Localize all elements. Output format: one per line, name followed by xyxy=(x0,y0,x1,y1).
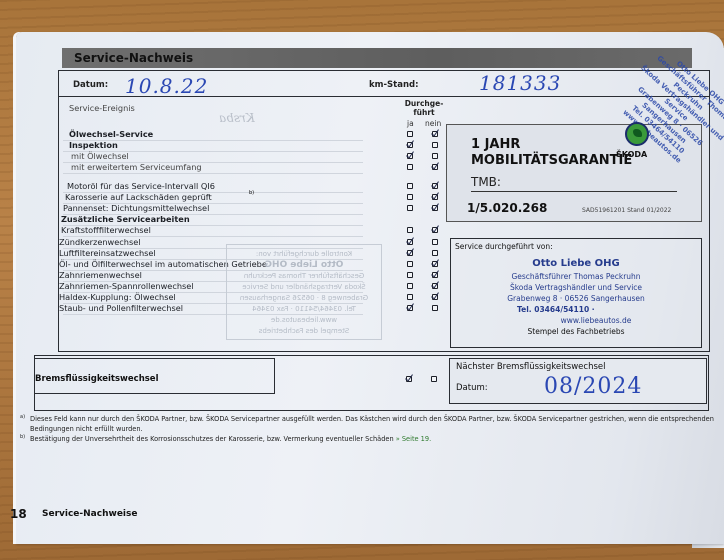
section-heading: Zusätzliche Servicearbeiten xyxy=(61,214,190,224)
ghost-stamp-line2: Škoda Vertragshändler und Service xyxy=(227,282,381,293)
no-checkbox[interactable] xyxy=(432,205,438,211)
dealer-phone: Tel. 03464/54110 · xyxy=(451,304,701,315)
no-checkbox[interactable] xyxy=(432,261,438,267)
footnote-a-text: Dieses Feld kann nur durch den ŠKODA Par… xyxy=(30,415,714,423)
ghost-stamp-line3: Grabenweg 8 · 06526 Sangerhausen xyxy=(227,293,381,304)
next-brake-fluid-title: Nächster Bremsflüssigkeitswechsel xyxy=(456,362,605,372)
ghost-stamp-label: Kontrolle durchgeführt von: xyxy=(227,249,381,260)
page-number: 18 xyxy=(10,507,27,521)
dealer-stamp-footer: Stempel des Fachbetriebs xyxy=(451,326,701,337)
yes-checkbox[interactable] xyxy=(407,153,413,159)
yes-column-label: ja xyxy=(407,119,414,128)
dealer-stamp: Otto Liebe OHG Geschäftsführer Thomas Pe… xyxy=(451,257,701,337)
brake-fluid-no-checkbox[interactable] xyxy=(431,376,437,382)
no-checkbox[interactable] xyxy=(432,227,438,233)
yes-checkbox[interactable] xyxy=(407,142,413,148)
dealer-website: www.liebeautos.de xyxy=(451,315,701,326)
performed-header-line1: Durchge- xyxy=(399,99,449,108)
yes-checkbox[interactable] xyxy=(407,205,413,211)
next-brake-fluid-box: Nächster Bremsflüssigkeitswechsel Datum:… xyxy=(449,358,707,404)
no-checkbox[interactable] xyxy=(432,153,438,159)
yes-checkbox[interactable] xyxy=(407,239,413,245)
page-section-title: Service-Nachweise xyxy=(42,509,137,519)
service-performed-by-box: Service durchgeführt von: Otto Liebe OHG… xyxy=(450,238,702,348)
yes-checkbox[interactable] xyxy=(407,194,413,200)
dealer-address: Grabenweg 8 · 06526 Sangerhausen xyxy=(451,293,701,304)
guarantee-number: 1/5.020.268 xyxy=(467,201,547,215)
ghost-stamp-name: Otto Liebe OHG xyxy=(227,260,381,271)
faded-signature: Krsba xyxy=(219,111,255,125)
yes-checkbox[interactable] xyxy=(407,227,413,233)
service-item-label: Karosserie auf Lackschäden geprüft xyxy=(65,192,212,202)
mileage-field[interactable]: 181333 xyxy=(479,71,561,95)
service-item-label: Inspektion xyxy=(69,140,118,150)
service-item-label: Haldex-Kupplung: Ölwechsel xyxy=(59,292,176,302)
yes-checkbox[interactable] xyxy=(407,272,413,278)
skoda-brand-text: ŠKODA xyxy=(616,150,647,159)
dealer-name: Otto Liebe OHG xyxy=(451,257,701,271)
page-title: Service-Nachweis xyxy=(74,51,193,65)
service-item-label: Pannenset: Dichtungsmittelwechsel xyxy=(63,203,209,213)
yes-checkbox[interactable] xyxy=(407,294,413,300)
service-item-label: mit erweitertem Serviceumfang xyxy=(71,162,202,172)
ghost-stamp-website: www.liebeautos.de xyxy=(227,315,381,326)
yes-checkbox[interactable] xyxy=(407,164,413,170)
no-checkbox[interactable] xyxy=(432,131,438,137)
no-checkbox[interactable] xyxy=(432,272,438,278)
mileage-label: km-Stand: xyxy=(369,80,419,90)
ghost-stamp-footer: Stempel des Fachbetriebs xyxy=(227,326,381,337)
tmb-label: TMB: xyxy=(471,175,501,189)
service-item-label: Motoröl für das Service-Intervall QI6 xyxy=(67,181,215,191)
dealer-manager: Geschäftsführer Thomas Peckruhn xyxy=(451,271,701,282)
footnote-ref: b) xyxy=(249,190,254,196)
brake-fluid-label: Bremsflüssigkeitswechsel xyxy=(35,374,159,384)
service-item-label: Luftfiltereinsatzwechsel xyxy=(59,248,156,258)
service-item-label: mit Ölwechsel xyxy=(71,151,129,161)
no-checkbox[interactable] xyxy=(432,283,438,289)
service-performed-by-label: Service durchgeführt von: xyxy=(455,242,553,251)
no-checkbox[interactable] xyxy=(432,142,438,148)
page-19-link[interactable]: » Seite 19. xyxy=(396,435,431,443)
next-brake-date-label: Datum: xyxy=(456,383,488,393)
footnote-a-text-cont: Bedingungen nicht erfüllt wurden. xyxy=(30,425,143,433)
yes-checkbox[interactable] xyxy=(407,261,413,267)
no-checkbox[interactable] xyxy=(432,183,438,189)
performed-column-header: Durchge- führt xyxy=(399,99,449,117)
service-item-label: Zahnriemenwechsel xyxy=(59,270,142,280)
brake-fluid-yes-checkbox[interactable] xyxy=(406,376,412,382)
dealer-type: Škoda Vertragshändler und Service xyxy=(451,282,701,293)
footnotes: a) Dieses Feld kann nur durch den ŠKODA … xyxy=(20,414,720,444)
footnote-a: a) Dieses Feld kann nur durch den ŠKODA … xyxy=(20,414,720,434)
yes-checkbox[interactable] xyxy=(407,183,413,189)
no-checkbox[interactable] xyxy=(432,194,438,200)
section-title-bar: Service-Nachweis xyxy=(62,48,692,68)
no-checkbox[interactable] xyxy=(432,239,438,245)
brake-fluid-section: Bremsflüssigkeitswechsel Nächster Bremsf… xyxy=(34,355,709,411)
next-brake-date-field[interactable]: 08/2024 xyxy=(544,374,642,399)
no-checkbox[interactable] xyxy=(432,250,438,256)
yes-checkbox[interactable] xyxy=(407,283,413,289)
service-item-label: Zahnriemen-Spannrollenwechsel xyxy=(59,281,194,291)
brake-fluid-label-box: Bremsflüssigkeitswechsel xyxy=(35,358,275,394)
service-item-label: Kraftstofffilterwechsel xyxy=(61,225,151,235)
faded-mirrored-stamp: Kontrolle durchgeführt von: Otto Liebe O… xyxy=(226,244,382,340)
service-item-label: Zündkerzenwechsel xyxy=(59,237,141,247)
service-item-label: Staub- und Pollenfilterwechsel xyxy=(59,303,183,313)
row-rule xyxy=(63,173,363,174)
yes-checkbox[interactable] xyxy=(407,131,413,137)
footnote-b-text: Bestätigung der Unversehrtheit des Korro… xyxy=(30,435,394,443)
ghost-stamp-line1: Geschäftsführer Thomas Peckruhn xyxy=(227,271,381,282)
footnote-a-mark: a) xyxy=(20,412,25,422)
date-field[interactable]: 10.8.22 xyxy=(125,74,208,98)
no-checkbox[interactable] xyxy=(432,294,438,300)
footnote-b-mark: b) xyxy=(20,432,25,442)
service-event-label: Service-Ereignis xyxy=(69,103,135,113)
service-item-label: Ölwechsel-Service xyxy=(69,129,153,139)
yes-checkbox[interactable] xyxy=(407,250,413,256)
ghost-stamp-line4: Tel. 03464/54110 · Fax 03464 xyxy=(227,304,381,315)
no-column-label: nein xyxy=(425,119,441,128)
date-label: Datum: xyxy=(73,80,108,90)
skoda-logo-icon xyxy=(625,122,649,146)
footnote-b: b) Bestätigung der Unversehrtheit des Ko… xyxy=(20,434,720,444)
performed-header-line2: führt xyxy=(399,108,449,117)
no-checkbox[interactable] xyxy=(432,305,438,311)
yes-checkbox[interactable] xyxy=(407,305,413,311)
no-checkbox[interactable] xyxy=(432,164,438,170)
